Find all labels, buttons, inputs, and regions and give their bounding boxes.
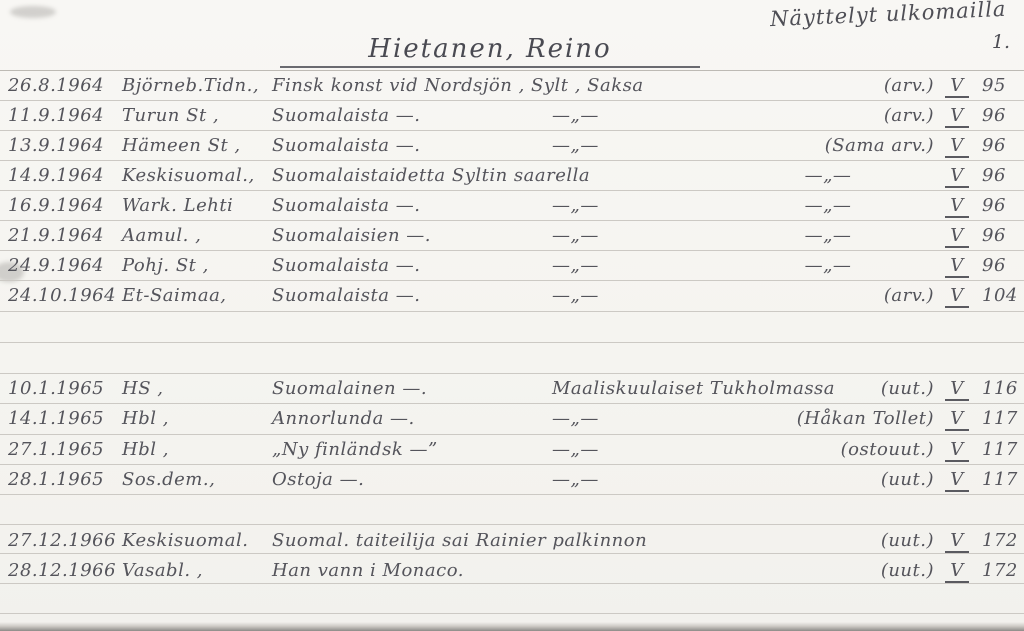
entry-page: 96 (982, 191, 1024, 221)
entry-volume: V (938, 71, 976, 101)
scan-smudge (10, 6, 56, 18)
entry-note: (Håkan Tollet) (748, 404, 934, 434)
entry-page: 117 (982, 435, 1024, 465)
entry-date: 28.1.1965 (8, 465, 120, 495)
entry-volume: V (938, 556, 976, 586)
entry-ditto: —„— (772, 161, 884, 191)
entry-source: Aamul. , (122, 221, 272, 251)
entry-source: Björneb.Tidn., (122, 71, 272, 101)
entry-source: Keskisuomal., (122, 161, 272, 191)
entry-note: (uut.) (748, 465, 934, 495)
page-number: 1. (992, 31, 1010, 53)
entry-volume: V (938, 191, 976, 221)
entry-note: (Sama arv.) (748, 131, 934, 161)
entry-page: 96 (982, 131, 1024, 161)
corner-note: Näyttelyt ulkomailla (769, 0, 1006, 31)
entry-volume: V (938, 221, 976, 251)
entry-note: (uut.) (748, 374, 934, 404)
entry-page: 117 (982, 404, 1024, 434)
entry-page: 96 (982, 221, 1024, 251)
card-title: Hietanen, Reino (280, 34, 700, 68)
entry-page: 117 (982, 465, 1024, 495)
entry-row: 24.9.1964Pohj. St ,Suomalaista —.—„——„—V… (0, 251, 1024, 281)
entry-date: 27.1.1965 (8, 435, 120, 465)
entry-source: Vasabl. , (122, 556, 272, 586)
entry-volume: V (938, 101, 976, 131)
entry-description: Finsk konst vid Nordsjön , Sylt , Saksa (272, 71, 742, 101)
entry-page: 96 (982, 251, 1024, 281)
entry-date: 24.9.1964 (8, 251, 120, 281)
entry-source: Wark. Lehti (122, 191, 272, 221)
entry-source: Sos.dem., (122, 465, 272, 495)
entry-description: Suomal. taiteilija sai Rainier palkinnon (272, 526, 742, 556)
entry-volume: V (938, 161, 976, 191)
entry-description: Suomalaistaidetta Syltin saarella (272, 161, 742, 191)
entry-source: Pohj. St , (122, 251, 272, 281)
entry-date: 14.9.1964 (8, 161, 120, 191)
entry-volume: V (938, 404, 976, 434)
rule-line (0, 524, 1024, 525)
entry-note: (uut.) (748, 526, 934, 556)
entry-date: 28.12.1966 (8, 556, 120, 586)
entry-date: 21.9.1964 (8, 221, 120, 251)
entry-date: 11.9.1964 (8, 101, 120, 131)
entry-page: 172 (982, 526, 1024, 556)
entry-date: 27.12.1966 (8, 526, 120, 556)
entry-row: 14.9.1964Keskisuomal.,Suomalaistaidetta … (0, 161, 1024, 191)
entry-page: 96 (982, 161, 1024, 191)
entry-volume: V (938, 526, 976, 556)
rule-line (0, 342, 1024, 343)
entry-row: 28.1.1965Sos.dem.,Ostoja —.—„—(uut.)V117 (0, 465, 1024, 495)
entry-row: 14.1.1965Hbl ,Annorlunda —.—„—(Håkan Tol… (0, 404, 1024, 434)
entry-source: Keskisuomal. (122, 526, 272, 556)
entry-page: 104 (982, 281, 1024, 311)
entry-note: (ostouut.) (748, 435, 934, 465)
entry-volume: V (938, 465, 976, 495)
entry-source: Turun St , (122, 101, 272, 131)
entry-note: (uut.) (748, 556, 934, 586)
entry-note: (arv.) (748, 71, 934, 101)
archive-card: Näyttelyt ulkomailla 1. Hietanen, Reino … (0, 0, 1024, 631)
entry-page: 116 (982, 374, 1024, 404)
entry-description: Han vann i Monaco. (272, 556, 742, 586)
entry-row: 10.1.1965HS ,Suomalainen —.Maaliskuulais… (0, 374, 1024, 404)
entry-page: 96 (982, 101, 1024, 131)
entry-source: Hbl , (122, 435, 272, 465)
entry-row: 27.1.1965Hbl ,„Ny finländsk —”—„—(ostouu… (0, 435, 1024, 465)
entry-volume: V (938, 251, 976, 281)
entry-source: Hämeen St , (122, 131, 272, 161)
entry-row: 27.12.1966Keskisuomal.Suomal. taiteilija… (0, 526, 1024, 556)
entry-date: 16.9.1964 (8, 191, 120, 221)
entry-volume: V (938, 435, 976, 465)
entry-volume: V (938, 374, 976, 404)
card-bottom-edge (0, 622, 1024, 631)
entry-page: 172 (982, 556, 1024, 586)
entry-row: 28.12.1966Vasabl. ,Han vann i Monaco.(uu… (0, 556, 1024, 586)
entry-date: 24.10.1964 (8, 281, 120, 311)
entry-date: 26.8.1964 (8, 71, 120, 101)
entry-ditto: —„— (772, 251, 884, 281)
entry-row: 13.9.1964Hämeen St ,Suomalaista —.—„—(Sa… (0, 131, 1024, 161)
rule-line (0, 613, 1024, 614)
entry-volume: V (938, 281, 976, 311)
entry-note: (arv.) (748, 281, 934, 311)
entry-source: Hbl , (122, 404, 272, 434)
entry-source: HS , (122, 374, 272, 404)
entry-ditto: —„— (772, 221, 884, 251)
entry-page: 95 (982, 71, 1024, 101)
entry-date: 13.9.1964 (8, 131, 120, 161)
entry-row: 11.9.1964Turun St ,Suomalaista —.—„—(arv… (0, 101, 1024, 131)
entry-volume: V (938, 131, 976, 161)
rule-line (0, 311, 1024, 312)
entry-ditto: —„— (772, 191, 884, 221)
entry-row: 24.10.1964Et-Saimaa,Suomalaista —.—„—(ar… (0, 281, 1024, 311)
entry-date: 10.1.1965 (8, 374, 120, 404)
entry-row: 21.9.1964Aamul. ,Suomalaisien —.—„——„—V9… (0, 221, 1024, 251)
entry-note: (arv.) (748, 101, 934, 131)
entry-source: Et-Saimaa, (122, 281, 272, 311)
entry-row: 16.9.1964Wark. LehtiSuomalaista —.—„——„—… (0, 191, 1024, 221)
entry-row: 26.8.1964Björneb.Tidn.,Finsk konst vid N… (0, 71, 1024, 101)
entry-date: 14.1.1965 (8, 404, 120, 434)
